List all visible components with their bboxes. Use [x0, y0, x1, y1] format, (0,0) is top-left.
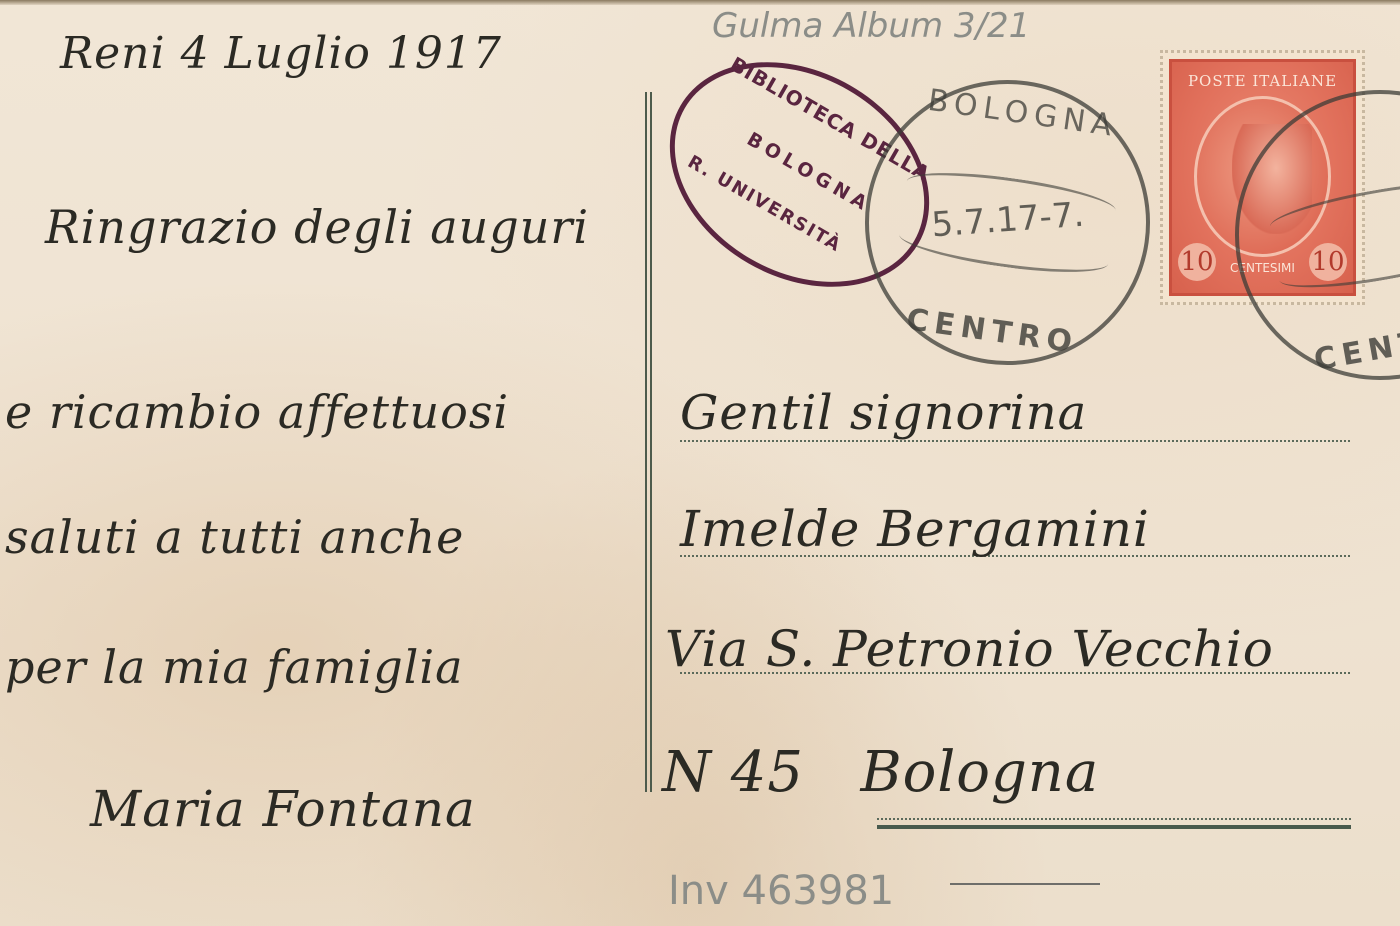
- postmark-main: BOLOGNA 5.7.17-7. CENTRO: [847, 62, 1169, 384]
- pencil-note-top: Gulma Album 3/21: [712, 6, 1030, 46]
- stamp-title: POSTE ITALIANE: [1172, 72, 1353, 90]
- message-line-2: e ricambio affettuosi: [5, 385, 509, 439]
- postmark-cancel-office: CENTRO: [1258, 304, 1400, 387]
- postmark-cancel-band: [1267, 172, 1400, 298]
- postmark-office: CENTRO: [853, 295, 1132, 368]
- card-top-edge: [0, 0, 1400, 5]
- address-line-3: Via S. Petronio Vecchio: [665, 620, 1274, 678]
- inventory-number: Inv 463981: [668, 868, 894, 914]
- signature: Maria Fontana: [90, 780, 476, 838]
- postmark-city: BOLOGNA: [883, 77, 1162, 150]
- dateline: Reni 4 Luglio 1917: [60, 28, 502, 79]
- address-line-2: Imelde Bergamini: [680, 500, 1150, 558]
- address-line-4: N 45 Bologna: [662, 740, 1099, 805]
- message-line-3: saluti a tutti anche: [5, 510, 464, 564]
- address-line-1: Gentil signorina: [680, 385, 1087, 441]
- address-rule-4: [877, 818, 1351, 820]
- message-line-4: per la mia famiglia: [5, 640, 464, 694]
- message-line-1: Ringrazio degli auguri: [45, 200, 589, 254]
- center-divider: [645, 92, 652, 792]
- postcard: Reni 4 Luglio 1917 Ringrazio degli augur…: [0, 0, 1400, 926]
- inventory-underline: [950, 883, 1100, 885]
- address-rule-solid: [877, 825, 1351, 829]
